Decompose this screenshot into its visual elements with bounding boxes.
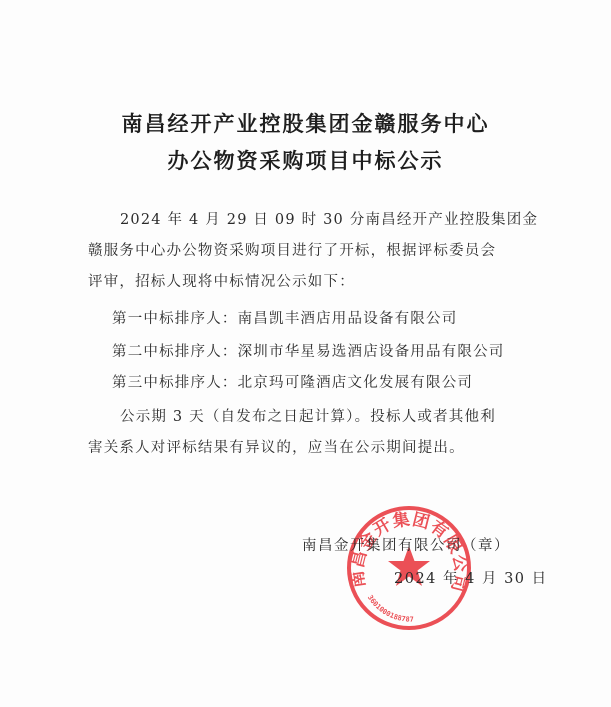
ranking-label: 第一中标排序人：	[112, 311, 238, 327]
document-page: 南昌经开产业控股集团金赣服务中心 办公物资采购项目中标公示 2024 年 4 月…	[0, 0, 611, 707]
document-title-line2: 办公物资采购项目中标公示	[0, 145, 611, 175]
ranking-second: 第二中标排序人：深圳市华星易选酒店设备用品有限公司	[112, 340, 505, 361]
document-title-line1: 南昌经开产业控股集团金赣服务中心	[0, 108, 611, 138]
signing-date: 2024 年 4 月 30 日	[394, 567, 548, 588]
notice-line-1: 公示期 3 天（自发布之日起计算）。投标人或者其他利	[120, 405, 496, 426]
ranking-company: 南昌凯丰酒店用品设备有限公司	[238, 311, 458, 327]
ranking-third: 第三中标排序人：北京玛可隆酒店文化发展有限公司	[112, 371, 473, 392]
intro-line-3: 评审，招标人现将中标情况公示如下：	[88, 270, 355, 291]
svg-text:3601000188787: 3601000188787	[366, 594, 414, 624]
ranking-first: 第一中标排序人：南昌凯丰酒店用品设备有限公司	[112, 307, 457, 328]
signer-name: 南昌金开集团有限公司（章）	[302, 534, 510, 555]
intro-line-2: 赣服务中心办公物资采购项目进行了开标，根据评标委员会	[88, 239, 496, 260]
intro-line-1: 2024 年 4 月 29 日 09 时 30 分南昌经开产业控股集团金	[120, 208, 538, 229]
ranking-label: 第二中标排序人：	[112, 344, 238, 360]
ranking-company: 深圳市华星易选酒店设备用品有限公司	[238, 344, 505, 360]
ranking-company: 北京玛可隆酒店文化发展有限公司	[238, 375, 474, 391]
ranking-label: 第三中标排序人：	[112, 375, 238, 391]
notice-line-2: 害关系人对评标结果有异议的，应当在公示期间提出。	[88, 436, 465, 457]
